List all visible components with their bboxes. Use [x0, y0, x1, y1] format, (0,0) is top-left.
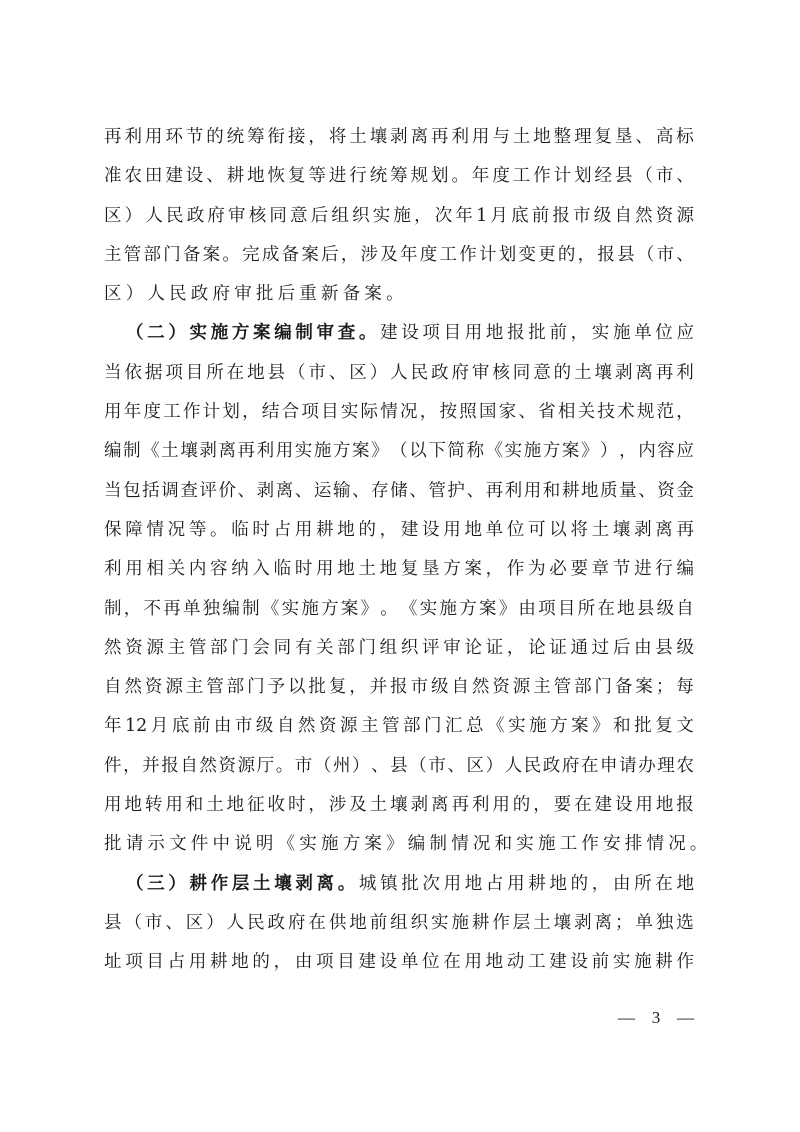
text-line-11: 保障情况等。临时占用耕地的，建设用地单位可以将土壤剥离再	[104, 517, 694, 556]
text-line-10: 当包括调查评价、剥离、运输、存储、管护、再利用和耕地质量、资金	[104, 478, 694, 517]
text-line-19: 批请示文件中说明《实施方案》编制情况和实施工作安排情况。	[104, 831, 694, 870]
text-line-7: 当依据项目所在地县（市、区）人民政府审核同意的土壤剥离再利	[104, 360, 694, 399]
text-line-1: 再利用环节的统筹衔接，将土壤剥离再利用与土地整理复垦、高标	[104, 124, 694, 163]
text-line-15: 自然资源主管部门予以批复，并报市级自然资源主管部门备案；每	[104, 674, 694, 713]
body-text: 再利用环节的统筹衔接，将土壤剥离再利用与土地整理复垦、高标 准农田建设、耕地恢复…	[104, 124, 694, 989]
page-number-value: 3	[652, 1008, 661, 1028]
page-number-left-dash: —	[618, 1008, 635, 1028]
text-line-5: 区）人民政府审批后重新备案。	[104, 281, 694, 320]
text-line-22: 址项目占用耕地的，由项目建设单位在用地动工建设前实施耕作	[104, 949, 694, 988]
page-number: — 3 —	[618, 1008, 694, 1028]
text-line-8: 用年度工作计划，结合项目实际情况，按照国家、省相关技术规范，	[104, 399, 694, 438]
section-heading-line-3: （三）耕作层土壤剥离。城镇批次用地占用耕地的，由所在地	[104, 871, 694, 910]
page-number-right-dash: —	[677, 1008, 694, 1028]
text-line-18: 用地转用和土地征收时，涉及土壤剥离再利用的，要在建设用地报	[104, 792, 694, 831]
text-line-12: 利用相关内容纳入临时用地土地复垦方案，作为必要章节进行编	[104, 556, 694, 595]
text-line-17: 件，并报自然资源厅。市（州）、县（市、区）人民政府在申请办理农	[104, 753, 694, 792]
text-line-3: 区）人民政府审核同意后组织实施，次年1月底前报市级自然资源	[104, 203, 694, 242]
text-line-14: 然资源主管部门会同有关部门组织评审论证，论证通过后由县级	[104, 635, 694, 674]
document-page: 再利用环节的统筹衔接，将土壤剥离再利用与土地整理复垦、高标 准农田建设、耕地恢复…	[0, 0, 800, 1132]
text-line-21: 县（市、区）人民政府在供地前组织实施耕作层土壤剥离；单独选	[104, 910, 694, 949]
text-line-4: 主管部门备案。完成备案后，涉及年度工作计划变更的，报县（市、	[104, 242, 694, 281]
text-line-9: 编制《土壤剥离再利用实施方案》（以下简称《实施方案》），内容应	[104, 438, 694, 477]
text-line-2: 准农田建设、耕地恢复等进行统筹规划。年度工作计划经县（市、	[104, 163, 694, 202]
section-heading-line-2: （二）实施方案编制审查。建设项目用地报批前，实施单位应	[104, 320, 694, 359]
text-line-16: 年12月底前由市级自然资源主管部门汇总《实施方案》和批复文	[104, 713, 694, 752]
text-line-13: 制，不再单独编制《实施方案》。《实施方案》由项目所在地县级自	[104, 596, 694, 635]
